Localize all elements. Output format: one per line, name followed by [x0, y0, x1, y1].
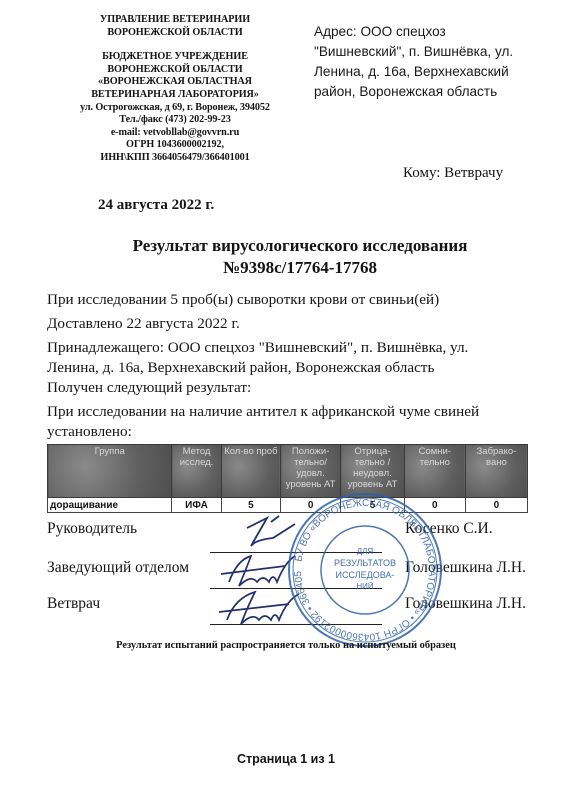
recipient-address-line: Ленина, д. 16а, Верхнехавский [314, 62, 564, 82]
page-number: Страница 1 из 1 [0, 752, 572, 766]
lab-inn-kpp: ИНН\КПП 3664056479/366401001 [70, 152, 280, 165]
column-header-method: Метод исслед. [172, 445, 221, 498]
disclaimer-note: Результат испытаний распространяется тол… [0, 640, 572, 651]
signature-role-head: Руководитель [47, 520, 137, 538]
official-stamp-icon: БУ ВО «ВОРОНЕЖСКАЯ ОБЛВЕТЛАБОРАТОРИЯ» • … [285, 490, 445, 650]
column-header-sample-count: Кол-во проб [221, 445, 280, 498]
lab-address: ул. Острогожская, д 69, г. Воронеж, 3940… [70, 102, 280, 115]
svg-text:РЕЗУЛЬТАТОВ: РЕЗУЛЬТАТОВ [334, 558, 396, 568]
cell-sample-count: 5 [221, 498, 280, 513]
recipient-address-line: "Вишневский", п. Вишнёвка, ул. [314, 42, 564, 62]
organization-header: УПРАВЛЕНИЕ ВЕТЕРИНАРИИ ВОРОНЕЖСКОЙ ОБЛАС… [70, 14, 280, 165]
document-date: 24 августа 2022 г. [98, 197, 214, 214]
svg-text:ИССЛЕДОВА-: ИССЛЕДОВА- [336, 570, 395, 580]
title-line: Результат вирусологического исследования [0, 235, 572, 257]
institution-line: ВЕТЕРИНАРНАЯ ЛАБОРАТОРИЯ» [70, 89, 280, 102]
recipient-to: Кому: Ветврачу [403, 165, 503, 182]
document-title: Результат вирусологического исследования… [0, 235, 572, 279]
document-body: При исследовании 5 проб(ы) сыворотки кро… [47, 290, 547, 442]
cell-group: доращивание [48, 498, 172, 513]
cell-rejected: 0 [465, 498, 527, 513]
body-line: При исследовании на наличие антител к аф… [47, 402, 547, 422]
body-line: Получен следующий результат: [47, 378, 547, 398]
body-line: При исследовании 5 проб(ы) сыворотки кро… [47, 290, 547, 310]
column-header-group: Группа [48, 445, 172, 498]
body-line: установлено: [47, 422, 547, 442]
body-line: Ленина, д. 16а, Верхнехавский район, Вор… [47, 358, 547, 378]
body-line: Доставлено 22 августа 2022 г. [47, 314, 547, 334]
institution-line: «ВОРОНЕЖСКАЯ ОБЛАСТНАЯ [70, 76, 280, 89]
signature-role-vet: Ветврач [47, 595, 100, 613]
recipient-address: Адрес: ООО спецхоз "Вишневский", п. Вишн… [314, 22, 564, 102]
signature-role-department: Заведующий отделом [47, 559, 189, 577]
institution-line: ВОРОНЕЖСКОЙ ОБЛАСТИ [70, 64, 280, 77]
recipient-address-line: Адрес: ООО спецхоз [314, 22, 564, 42]
institution-line: БЮДЖЕТНОЕ УЧРЕЖДЕНИЕ [70, 51, 280, 64]
column-header-rejected: Забрако-вано [465, 445, 527, 498]
svg-text:НИЙ: НИЙ [356, 582, 374, 591]
recipient-address-line: район, Воронежская область [314, 82, 564, 102]
lab-ogrn: ОГРН 1043600002192, [70, 139, 280, 152]
body-line: Принадлежащего: ООО спецхоз "Вишневский"… [47, 338, 547, 358]
svg-text:ДЛЯ: ДЛЯ [357, 547, 374, 556]
authority-line: УПРАВЛЕНИЕ ВЕТЕРИНАРИИ [70, 14, 280, 27]
lab-phone: Тел./факс (473) 202-99-23 [70, 114, 280, 127]
authority-line: ВОРОНЕЖСКОЙ ОБЛАСТИ [70, 27, 280, 40]
lab-email: e-mail: vetvobllab@govvrn.ru [70, 127, 280, 140]
title-number: №9398с/17764-17768 [0, 257, 572, 279]
cell-method: ИФА [172, 498, 221, 513]
